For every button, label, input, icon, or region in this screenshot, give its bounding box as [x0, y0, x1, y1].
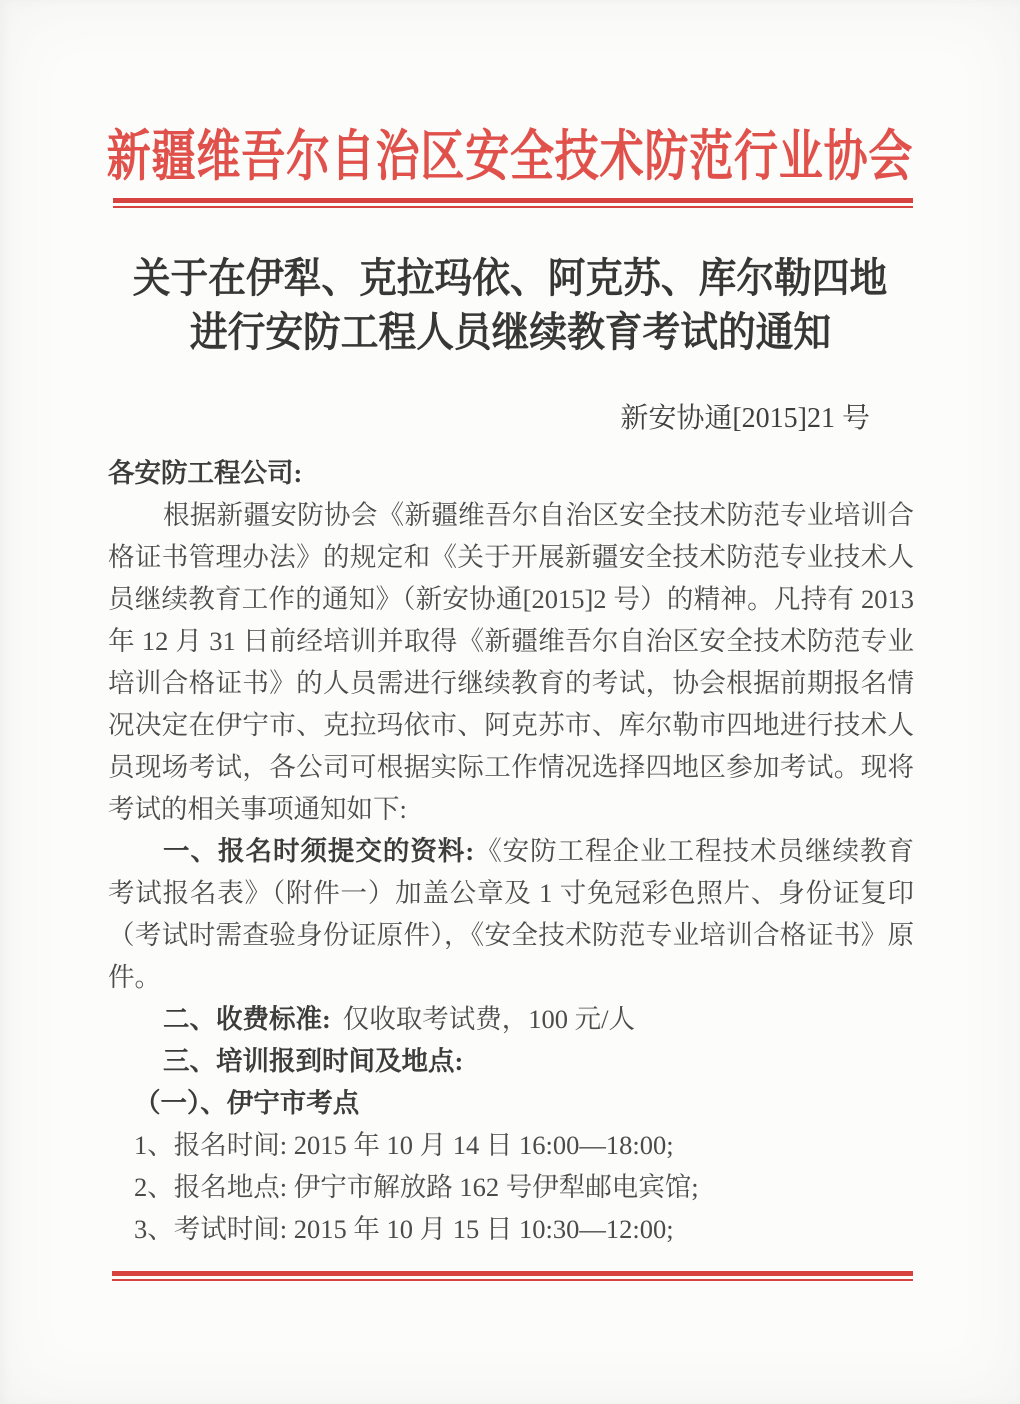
- paragraph-line: 培训合格证书》的人员需进行继续教育的考试，协会根据前期报名情: [108, 662, 914, 704]
- section-1-line: （考试时需查验身份证原件），《安全技术防范专业培训合格证书》原: [108, 914, 914, 956]
- paragraph-line: 考试的相关事项通知如下:: [108, 788, 914, 830]
- section-2-line: 二、收费标准:仅收取考试费，100 元/人: [108, 998, 914, 1040]
- footer-divider: [112, 1271, 913, 1281]
- section-1-heading: 一、报名时须提交的资料:: [163, 836, 474, 866]
- section-1-text: 《安防工程企业工程技术员继续教育: [474, 836, 914, 866]
- scanned-notice-page: { "colors": { "letterhead_red": "#e0514c…: [0, 0, 1020, 1404]
- paragraph-line: 年 12 月 31 日前经培训并取得《新疆维吾尔自治区安全技术防范专业: [108, 620, 914, 662]
- subsection-1-heading: （一）、伊宁市考点: [108, 1082, 914, 1124]
- section-1-line: 一、报名时须提交的资料:《安防工程企业工程技术员继续教育: [108, 830, 914, 872]
- notice-title-line2: 进行安防工程人员继续教育考试的通知: [189, 305, 830, 359]
- section-1-line: 件。: [108, 956, 914, 998]
- item-line: 1、报名时间: 2015 年 10 月 14 日 16:00—18:00;: [108, 1124, 914, 1166]
- paragraph-line: 况决定在伊宁市、克拉玛依市、阿克苏市、库尔勒市四地进行技术人: [108, 704, 914, 746]
- paragraph-line: 根据新疆安防协会《新疆维吾尔自治区安全技术防范专业培训合: [108, 494, 914, 536]
- letterhead-divider: [113, 198, 913, 208]
- paragraph-line: 员现场考试，各公司可根据实际工作情况选择四地区参加考试。现将: [108, 746, 914, 788]
- letterhead: 新疆维吾尔自治区安全技术防范行业协会: [0, 112, 1020, 191]
- section-1-line: 考试报名表》（附件一）加盖公章及 1 寸免冠彩色照片、身份证复印件: [108, 872, 914, 914]
- document-number: 新安协通[2015]21 号: [620, 396, 870, 436]
- paragraph-line: 员继续教育工作的通知》（新安协通[2015]2 号）的精神。凡持有 2013: [108, 578, 914, 620]
- item-line: 2、报名地点: 伊宁市解放路 162 号伊犁邮电宾馆;: [108, 1166, 914, 1208]
- item-line: 3、考试时间: 2015 年 10 月 15 日 10:30—12:00;: [108, 1208, 914, 1250]
- letterhead-org-name: 新疆维吾尔自治区安全技术防范行业协会: [107, 112, 913, 191]
- section-3-heading: 三、培训报到时间及地点:: [108, 1040, 914, 1082]
- salutation: 各安防工程公司:: [108, 452, 914, 494]
- notice-title: 关于在伊犁、克拉玛依、阿克苏、库尔勒四地 进行安防工程人员继续教育考试的通知: [0, 251, 1020, 359]
- paragraph-line: 格证书管理办法》的规定和《关于开展新疆安全技术防范专业技术人: [108, 536, 914, 578]
- section-2-text: 仅收取考试费，100 元/人: [343, 1004, 635, 1034]
- section-2-heading: 二、收费标准:: [163, 1004, 331, 1034]
- notice-body: 各安防工程公司: 根据新疆安防协会《新疆维吾尔自治区安全技术防范专业培训合 格证…: [108, 452, 914, 1250]
- notice-title-line1: 关于在伊犁、克拉玛依、阿克苏、库尔勒四地: [133, 251, 887, 305]
